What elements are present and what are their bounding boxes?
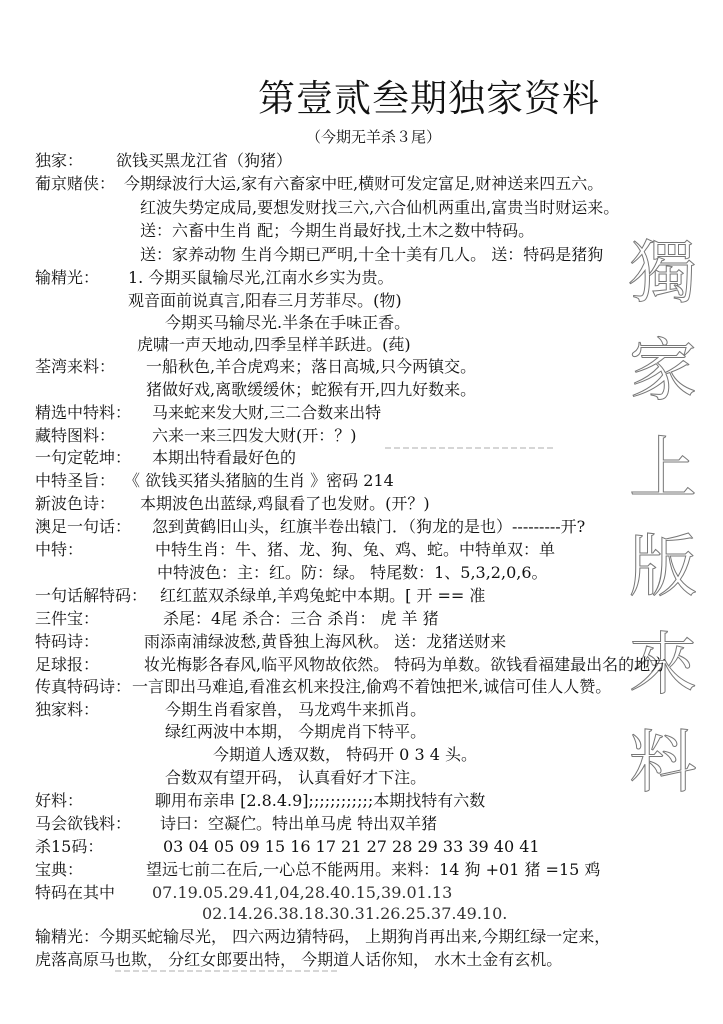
row-text: 一船秋色,羊合虎鸡来；落日高城,只今两镇交。: [146, 357, 476, 377]
row-text: 红红蓝双杀绿单,羊鸡兔蛇中本期。[ 开 == 准: [160, 586, 485, 606]
row-label: 好料：: [35, 791, 83, 811]
page-subtitle: （今期无羊杀３尾）: [306, 126, 441, 147]
row-label: 一句话解特码：: [35, 586, 147, 606]
row-text: 杀尾：4尾 杀合：三合 杀肖： 虎 羊 猪: [163, 609, 439, 629]
row-label: 新波色诗：: [35, 494, 115, 514]
row-label: 荃湾来料：: [35, 357, 115, 377]
watermark-char: 版: [618, 519, 708, 617]
row-text: 忽到黄鹤旧山头，红旗半卷出辕门．（狗龙的是也）---------开?: [152, 517, 585, 537]
row-text: 03 04 05 09 15 16 17 21 27 28 29 33 39 4…: [163, 837, 540, 857]
watermark-char: 上: [618, 421, 708, 519]
watermark-char: 獨: [618, 225, 708, 323]
row-label: 特码在其中: [35, 883, 115, 903]
row-label: 独家：: [35, 151, 83, 171]
row-text: 聊用布亲串 [2.8.4.9];;;;;;;;;;;;本期找特有六数: [155, 791, 485, 811]
row-label: 三件宝：: [35, 609, 99, 629]
row-text: 今期生肖看家兽， 马龙鸡牛来抓肖。: [165, 700, 426, 720]
watermark-char: 家: [618, 323, 708, 421]
row-label: 一句定乾坤：: [35, 448, 131, 468]
row-label: 藏特图料：: [35, 426, 115, 446]
row-label: 杀15码：: [35, 837, 103, 857]
row-text: 妆光梅影各春风,临平风物故依然。 特码为单数。欲钱看福建最出名的地方: [144, 655, 666, 675]
row-text: 一言即出马难追,看准玄机来投注,偷鸡不着蚀把米,诚信可佳人人赞。: [132, 677, 611, 697]
row-text: 红波失势定成局,要想发财找三六,六合仙机两重出,富贵当时财运来。: [140, 198, 619, 218]
row-label: 葡京赌侠：: [35, 174, 115, 194]
row-text: 本期波色出蓝绿,鸡鼠看了也发财。(开？): [140, 494, 430, 514]
row-label: 精选中特料：: [35, 403, 131, 423]
row-label: 特码诗：: [35, 632, 99, 652]
row-text: 02.14.26.38.18.30.31.26.25.37.49.10.: [202, 904, 507, 924]
row-text: 中特生肖：牛、猪、龙、狗、兔、鸡、蛇。中特单双：单: [155, 540, 555, 560]
row-text: 诗曰：空凝伫。特出单马虎 特出双羊猪: [160, 814, 437, 834]
row-text: 今期绿波行大运,家有六畜家中旺,横财可发定富足,财神送来四五六。: [124, 174, 603, 194]
row-text: 送：六畜中生肖 配；今期生肖最好找,土木之数中特码。: [140, 221, 534, 241]
row-text: 虎落高原马也欺， 分红女郎要出特， 今期道人话你知， 水木土金有玄机。: [35, 950, 562, 970]
row-text: 雨添南浦绿波愁,黄昏独上海风秋。 送：龙猪送财来: [144, 632, 506, 652]
row-text: 今期道人透双数， 特码开 0 3 4 头。: [213, 745, 477, 765]
row-text: 六来一来三四发大财(开：？): [152, 426, 357, 446]
row-text: 07.19.05.29.41,04,28.40.15,39.01.13: [152, 883, 452, 903]
scan-artifact: [115, 970, 340, 972]
scan-artifact: [385, 447, 555, 449]
row-label: 独家料：: [35, 700, 99, 720]
row-label: 中特圣旨：: [35, 471, 115, 491]
row-text: 绿红两波中本期， 今期虎肖下特平。: [165, 722, 426, 742]
row-text: 《 欲钱买猪头猪脑的生肖 》密码 214: [124, 471, 394, 491]
row-label: 中特：: [35, 540, 83, 560]
row-text: 中特波色：主：红。防：绿。 特尾数：1、5,3,2,0,6。: [157, 563, 548, 583]
row-text: 望远七前二在后,一心总不能两用。来料：14 狗 +01 猪 =15 鸡: [146, 860, 600, 880]
row-text: 1. 今期买鼠输尽光,江南水乡实为贵。: [128, 268, 393, 288]
row-label: 足球报：: [35, 655, 99, 675]
watermark-char: 料: [618, 715, 708, 813]
row-text: 送：家养动物 生肖今期已严明,十全十美有几人。 送：特码是猪狗: [140, 245, 603, 265]
row-label: 宝典：: [35, 860, 83, 880]
row-text: 今期买马输尽光.半条在手味正香。: [165, 313, 410, 333]
page-title: 第壹贰叁期独家资料: [258, 68, 600, 122]
calligraphy-watermark: 獨 家 上 版 來 料: [618, 225, 708, 813]
row-text: 观音面前说真言,阳春三月芳菲尽。(物): [128, 291, 402, 311]
row-text: 马来蛇来发大财,三二合数来出特: [152, 403, 381, 423]
row-text: 虎啸一声天地动,四季呈样羊跃进。(莼): [137, 335, 411, 355]
row-label: 传真特码诗：: [35, 677, 131, 697]
row-label: 输精光：: [35, 268, 99, 288]
row-text: 合数双有望开码， 认真看好才下注。: [165, 768, 426, 788]
row-text: 本期出特看最好色的: [152, 448, 296, 468]
row-text: 输精光：今期买蛇输尽光， 四六两边猜特码， 上期狗肖再出来,今期红绿一定来，: [35, 927, 610, 947]
row-label: 澳足一句话：: [35, 517, 131, 537]
row-text: 欲钱买黑龙江省（狗猪）: [116, 151, 292, 171]
row-label: 马会欲钱料：: [35, 814, 131, 834]
row-text: 猪做好戏,离歌缓缓休；蛇猴有开,四九好数来。: [146, 380, 476, 400]
